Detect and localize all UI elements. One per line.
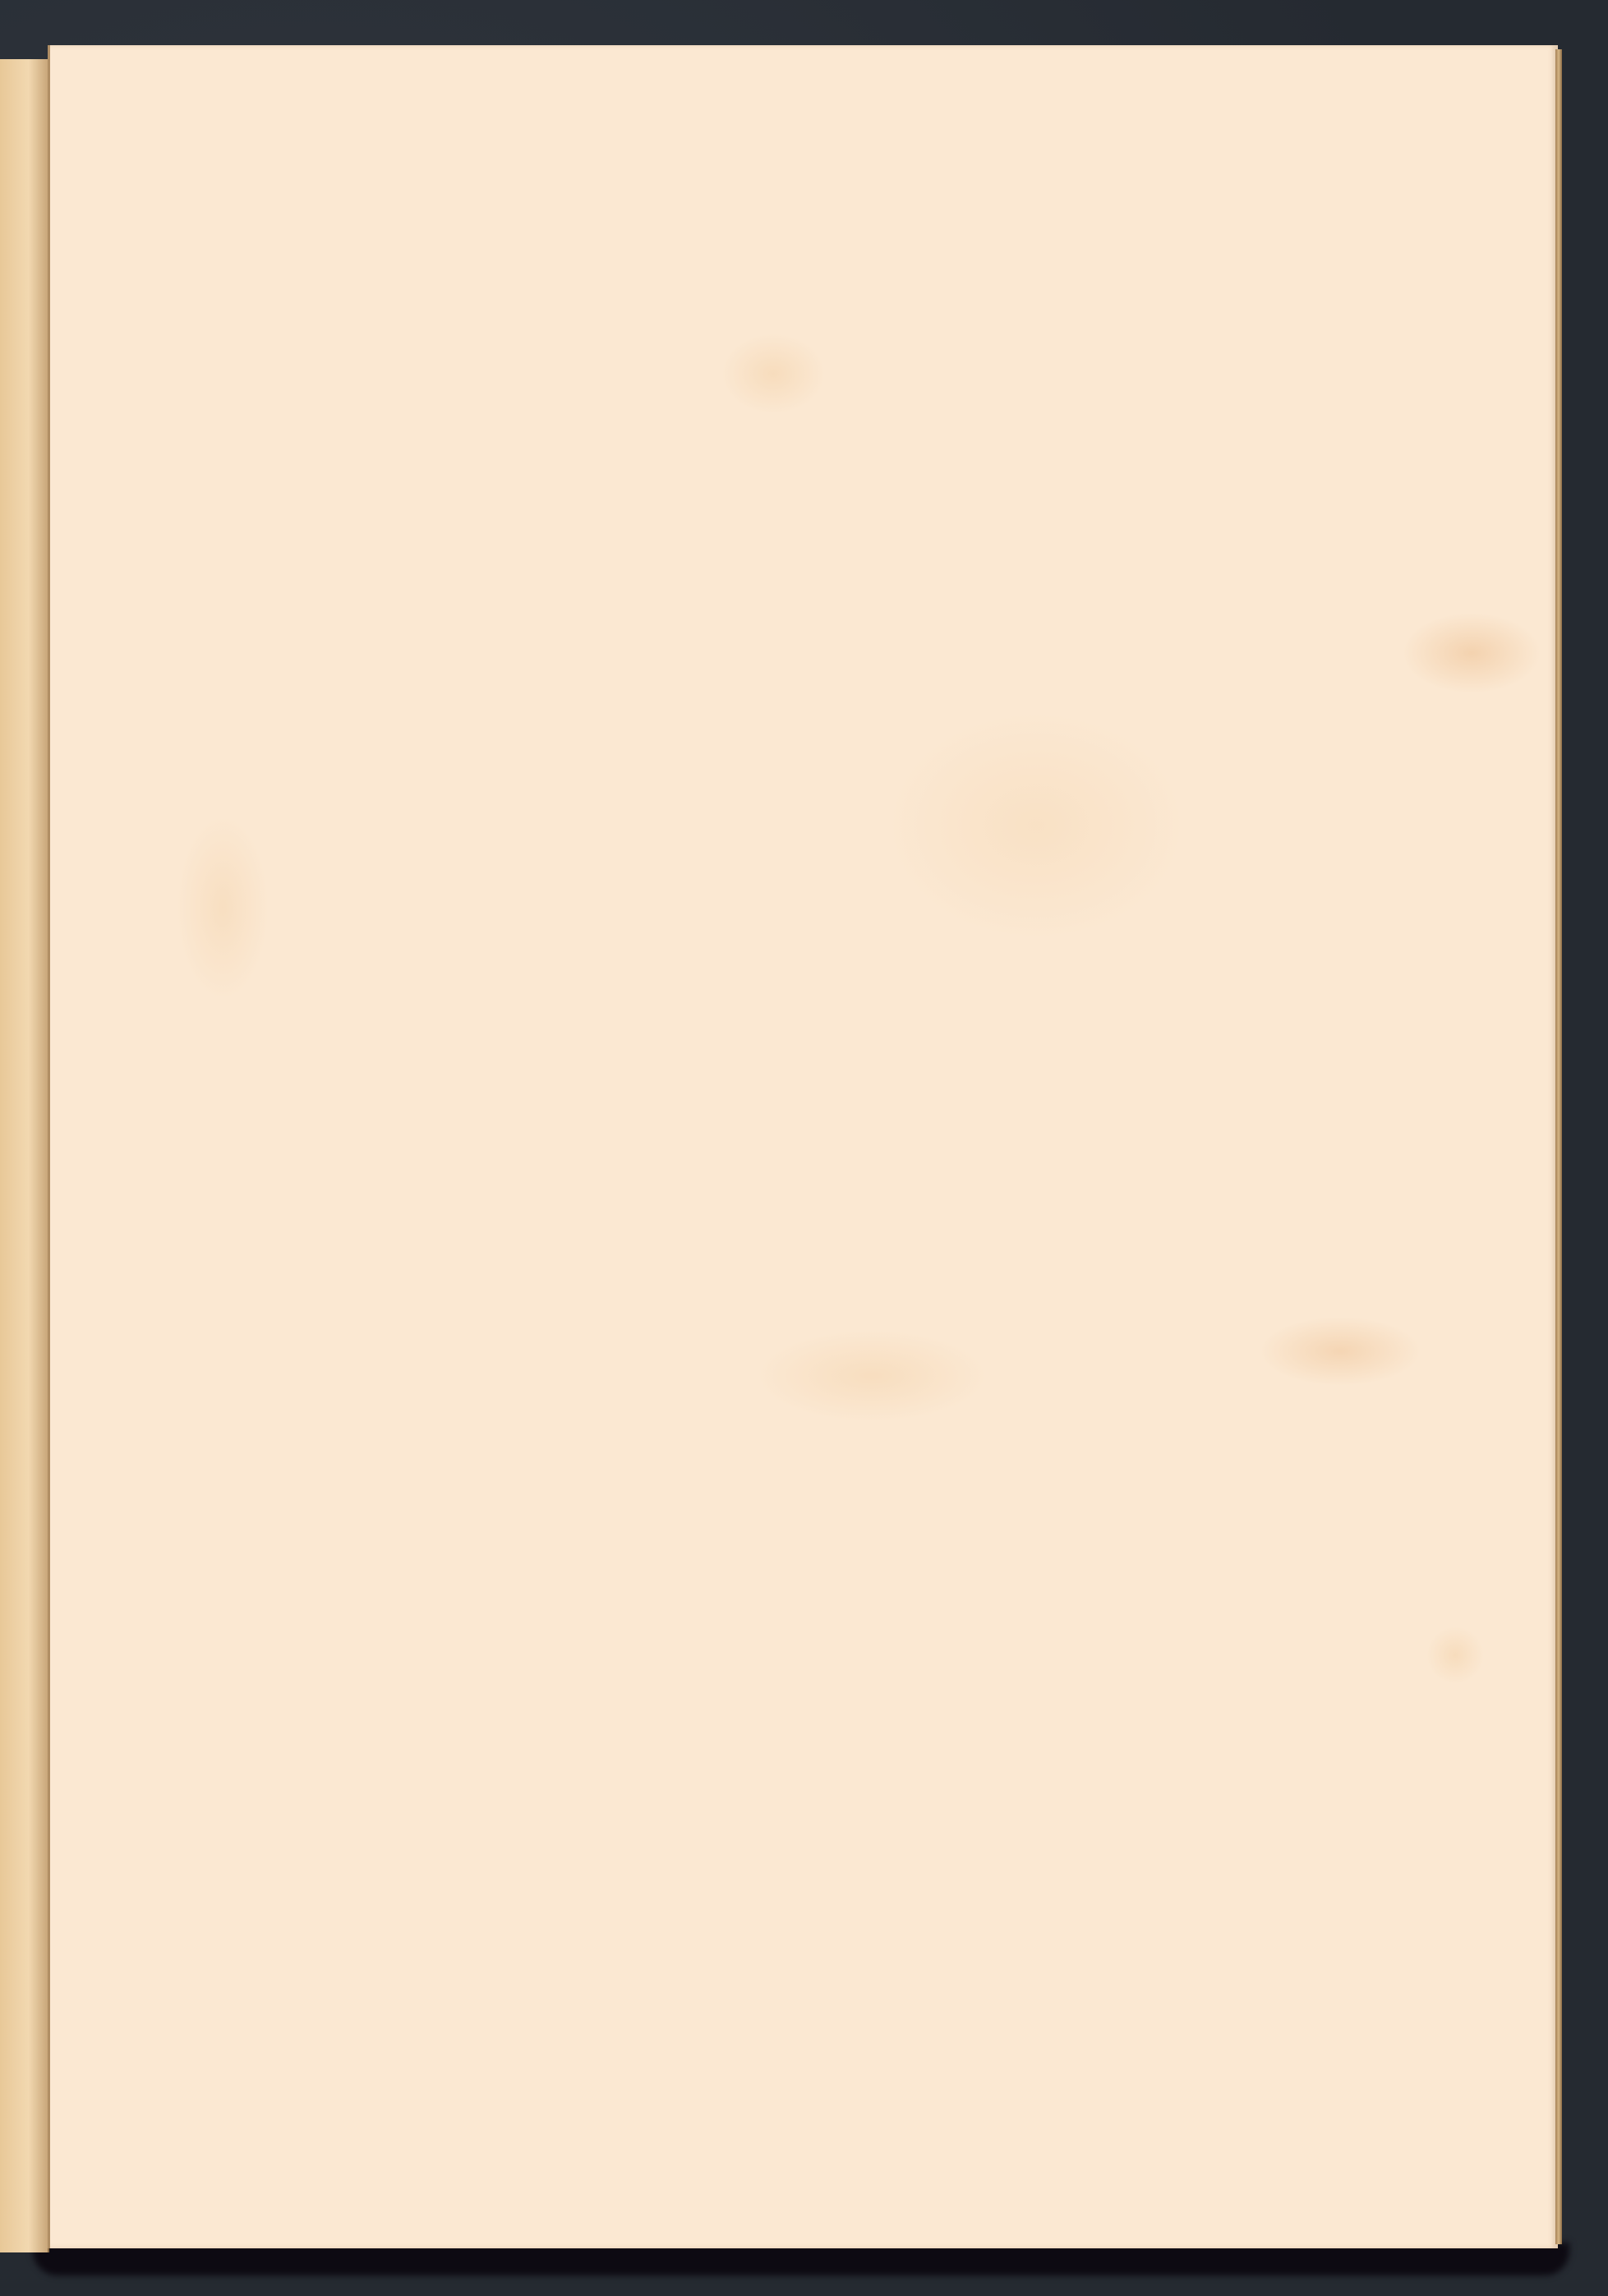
facing-page-edge [0, 59, 49, 2252]
blank-page [48, 45, 1558, 2248]
page-stack-edge [1555, 49, 1562, 2244]
page-content [50, 45, 1558, 2248]
